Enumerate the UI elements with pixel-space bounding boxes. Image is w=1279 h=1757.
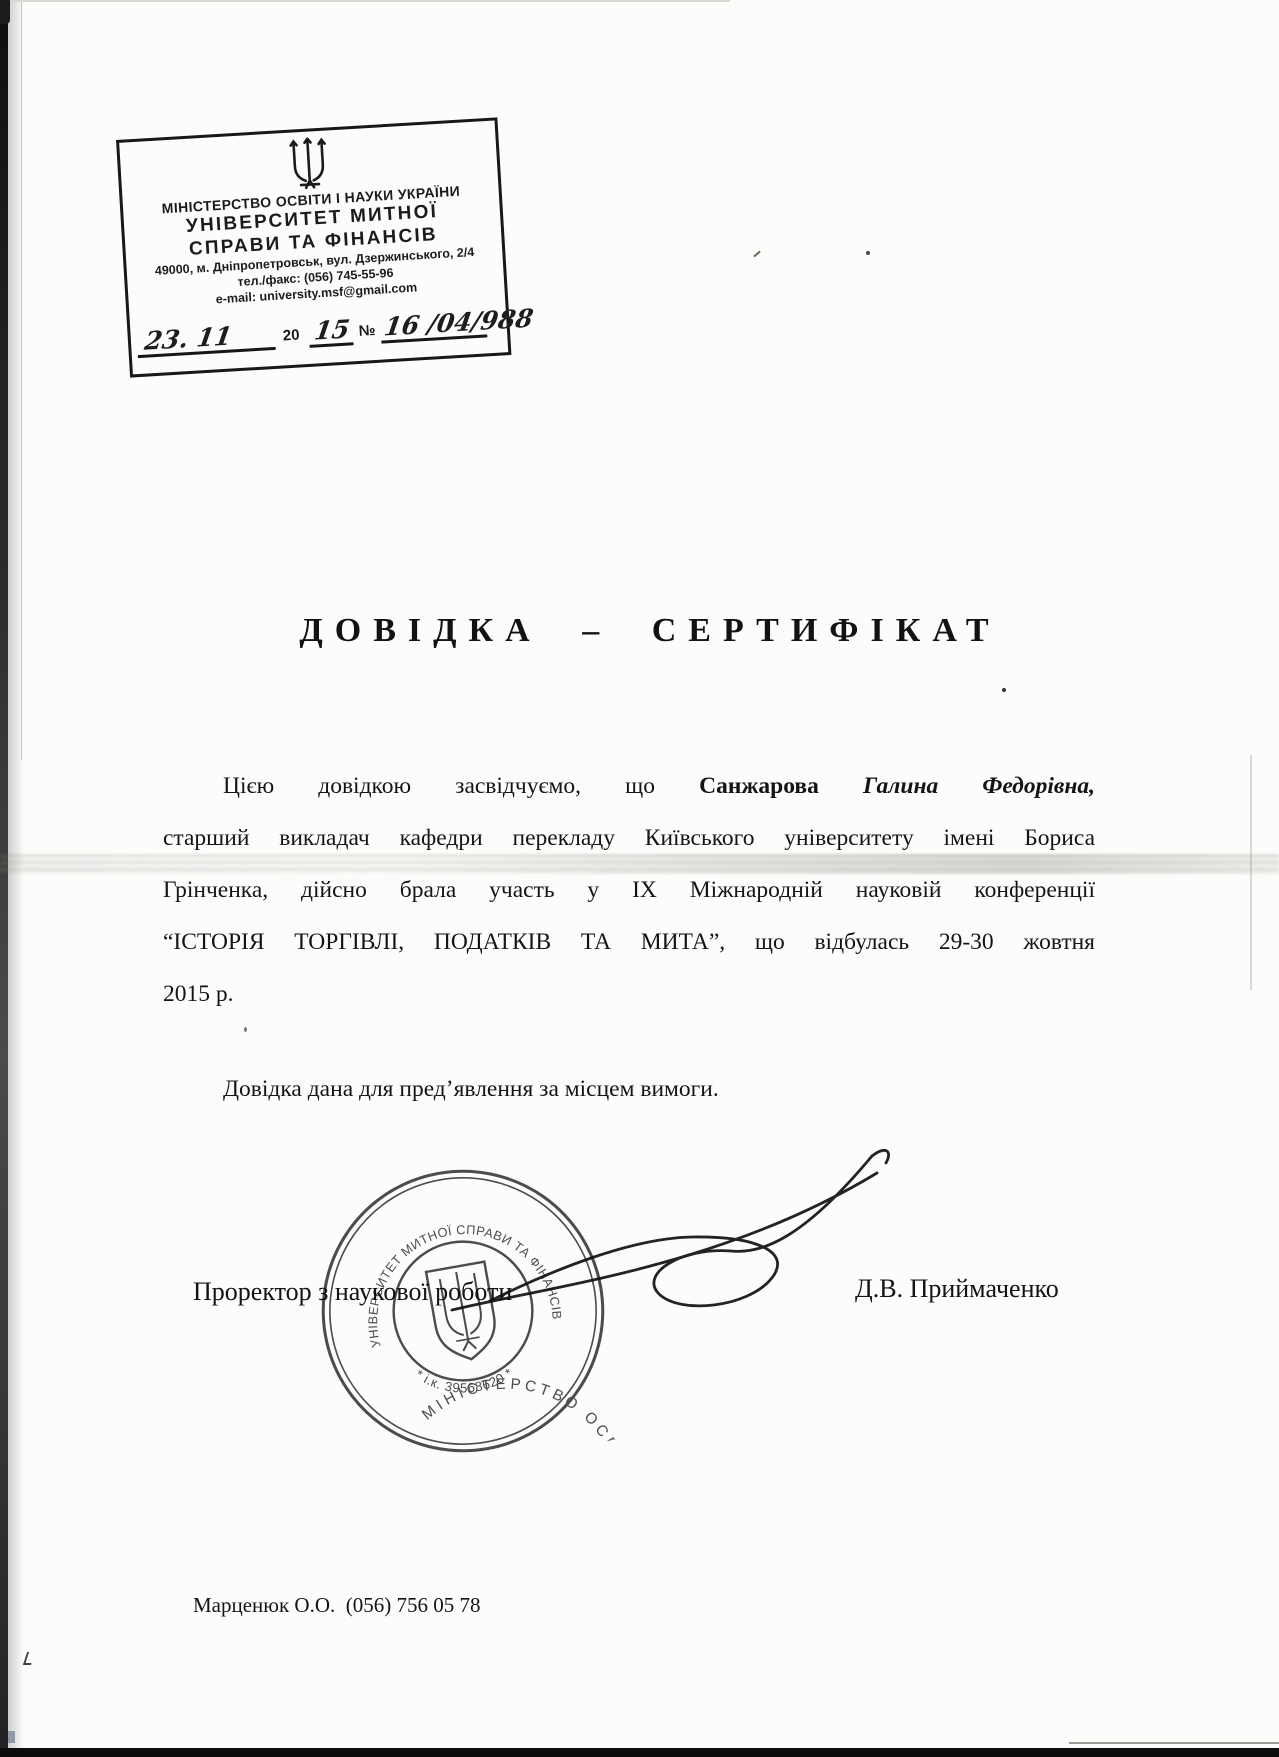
closing-sentence: Довідка дана для пред’явлення за місцем … bbox=[163, 1076, 1095, 1103]
body-line-4: “ІСТОРІЯ ТОРГІВЛІ, ПОДАТКІВ ТА МИТА”, що… bbox=[163, 916, 1095, 968]
signature-stroke bbox=[430, 1118, 900, 1358]
number-sign: № bbox=[358, 322, 376, 340]
body-line-5: 2015 р. bbox=[163, 968, 1095, 1020]
body-line-1: Цією довідкою засвідчуємо, що Санжарова … bbox=[163, 760, 1095, 812]
year-prefix: 20 bbox=[282, 326, 300, 344]
ink-speck bbox=[866, 251, 870, 255]
body-paragraph: Цією довідкою засвідчуємо, що Санжарова … bbox=[163, 760, 1095, 1020]
scan-edge-top bbox=[0, 0, 730, 2]
ink-speck bbox=[244, 1027, 247, 1032]
body-line-1-surname: Санжарова bbox=[699, 773, 819, 799]
handwritten-date: 23. 11 bbox=[143, 321, 234, 355]
body-line-1-given-names: Галина Федорівна, bbox=[863, 773, 1095, 799]
footer-contact: Марценюк О.О. (056) 756 05 78 bbox=[193, 1593, 481, 1618]
body-line-2: старший викладач кафедри перекладу Київс… bbox=[163, 812, 1095, 864]
scan-edge-bottom bbox=[0, 1748, 1279, 1757]
scanned-certificate-page: МІНІСТЕРСТВО ОСВІТИ І НАУКИ УКРАЇНИ УНІВ… bbox=[0, 0, 1279, 1757]
ink-speck bbox=[23, 1652, 35, 1665]
scan-crease-line bbox=[21, 0, 22, 760]
document-title: ДОВІДКА – СЕРТИФІКАТ bbox=[180, 612, 1120, 650]
scan-edge-left bbox=[0, 0, 8, 1757]
university-registry-stamp: МІНІСТЕРСТВО ОСВІТИ І НАУКИ УКРАЇНИ УНІВ… bbox=[116, 117, 511, 377]
seal-outer-ring-text: МІНІСТЕРСТВО ОСВІТИ І НАУКИ УКРАЇНИ * bbox=[415, 1355, 640, 1488]
trident-emblem-icon bbox=[284, 136, 333, 191]
scan-color-speck bbox=[8, 1731, 15, 1743]
scan-corner-mark bbox=[0, 0, 10, 24]
ink-speck bbox=[1002, 688, 1006, 692]
ink-speck bbox=[753, 251, 760, 258]
body-line-3: Грінченка, дійсно брала участь у IX Міжн… bbox=[163, 864, 1095, 916]
scan-edge-bottom-gray bbox=[1069, 1742, 1279, 1744]
handwritten-signature bbox=[430, 1118, 900, 1358]
body-line-1-normal: Цією довідкою засвідчуємо, що bbox=[223, 773, 655, 799]
handwritten-year: 15 bbox=[312, 314, 351, 345]
scan-crease-right bbox=[1250, 755, 1252, 990]
